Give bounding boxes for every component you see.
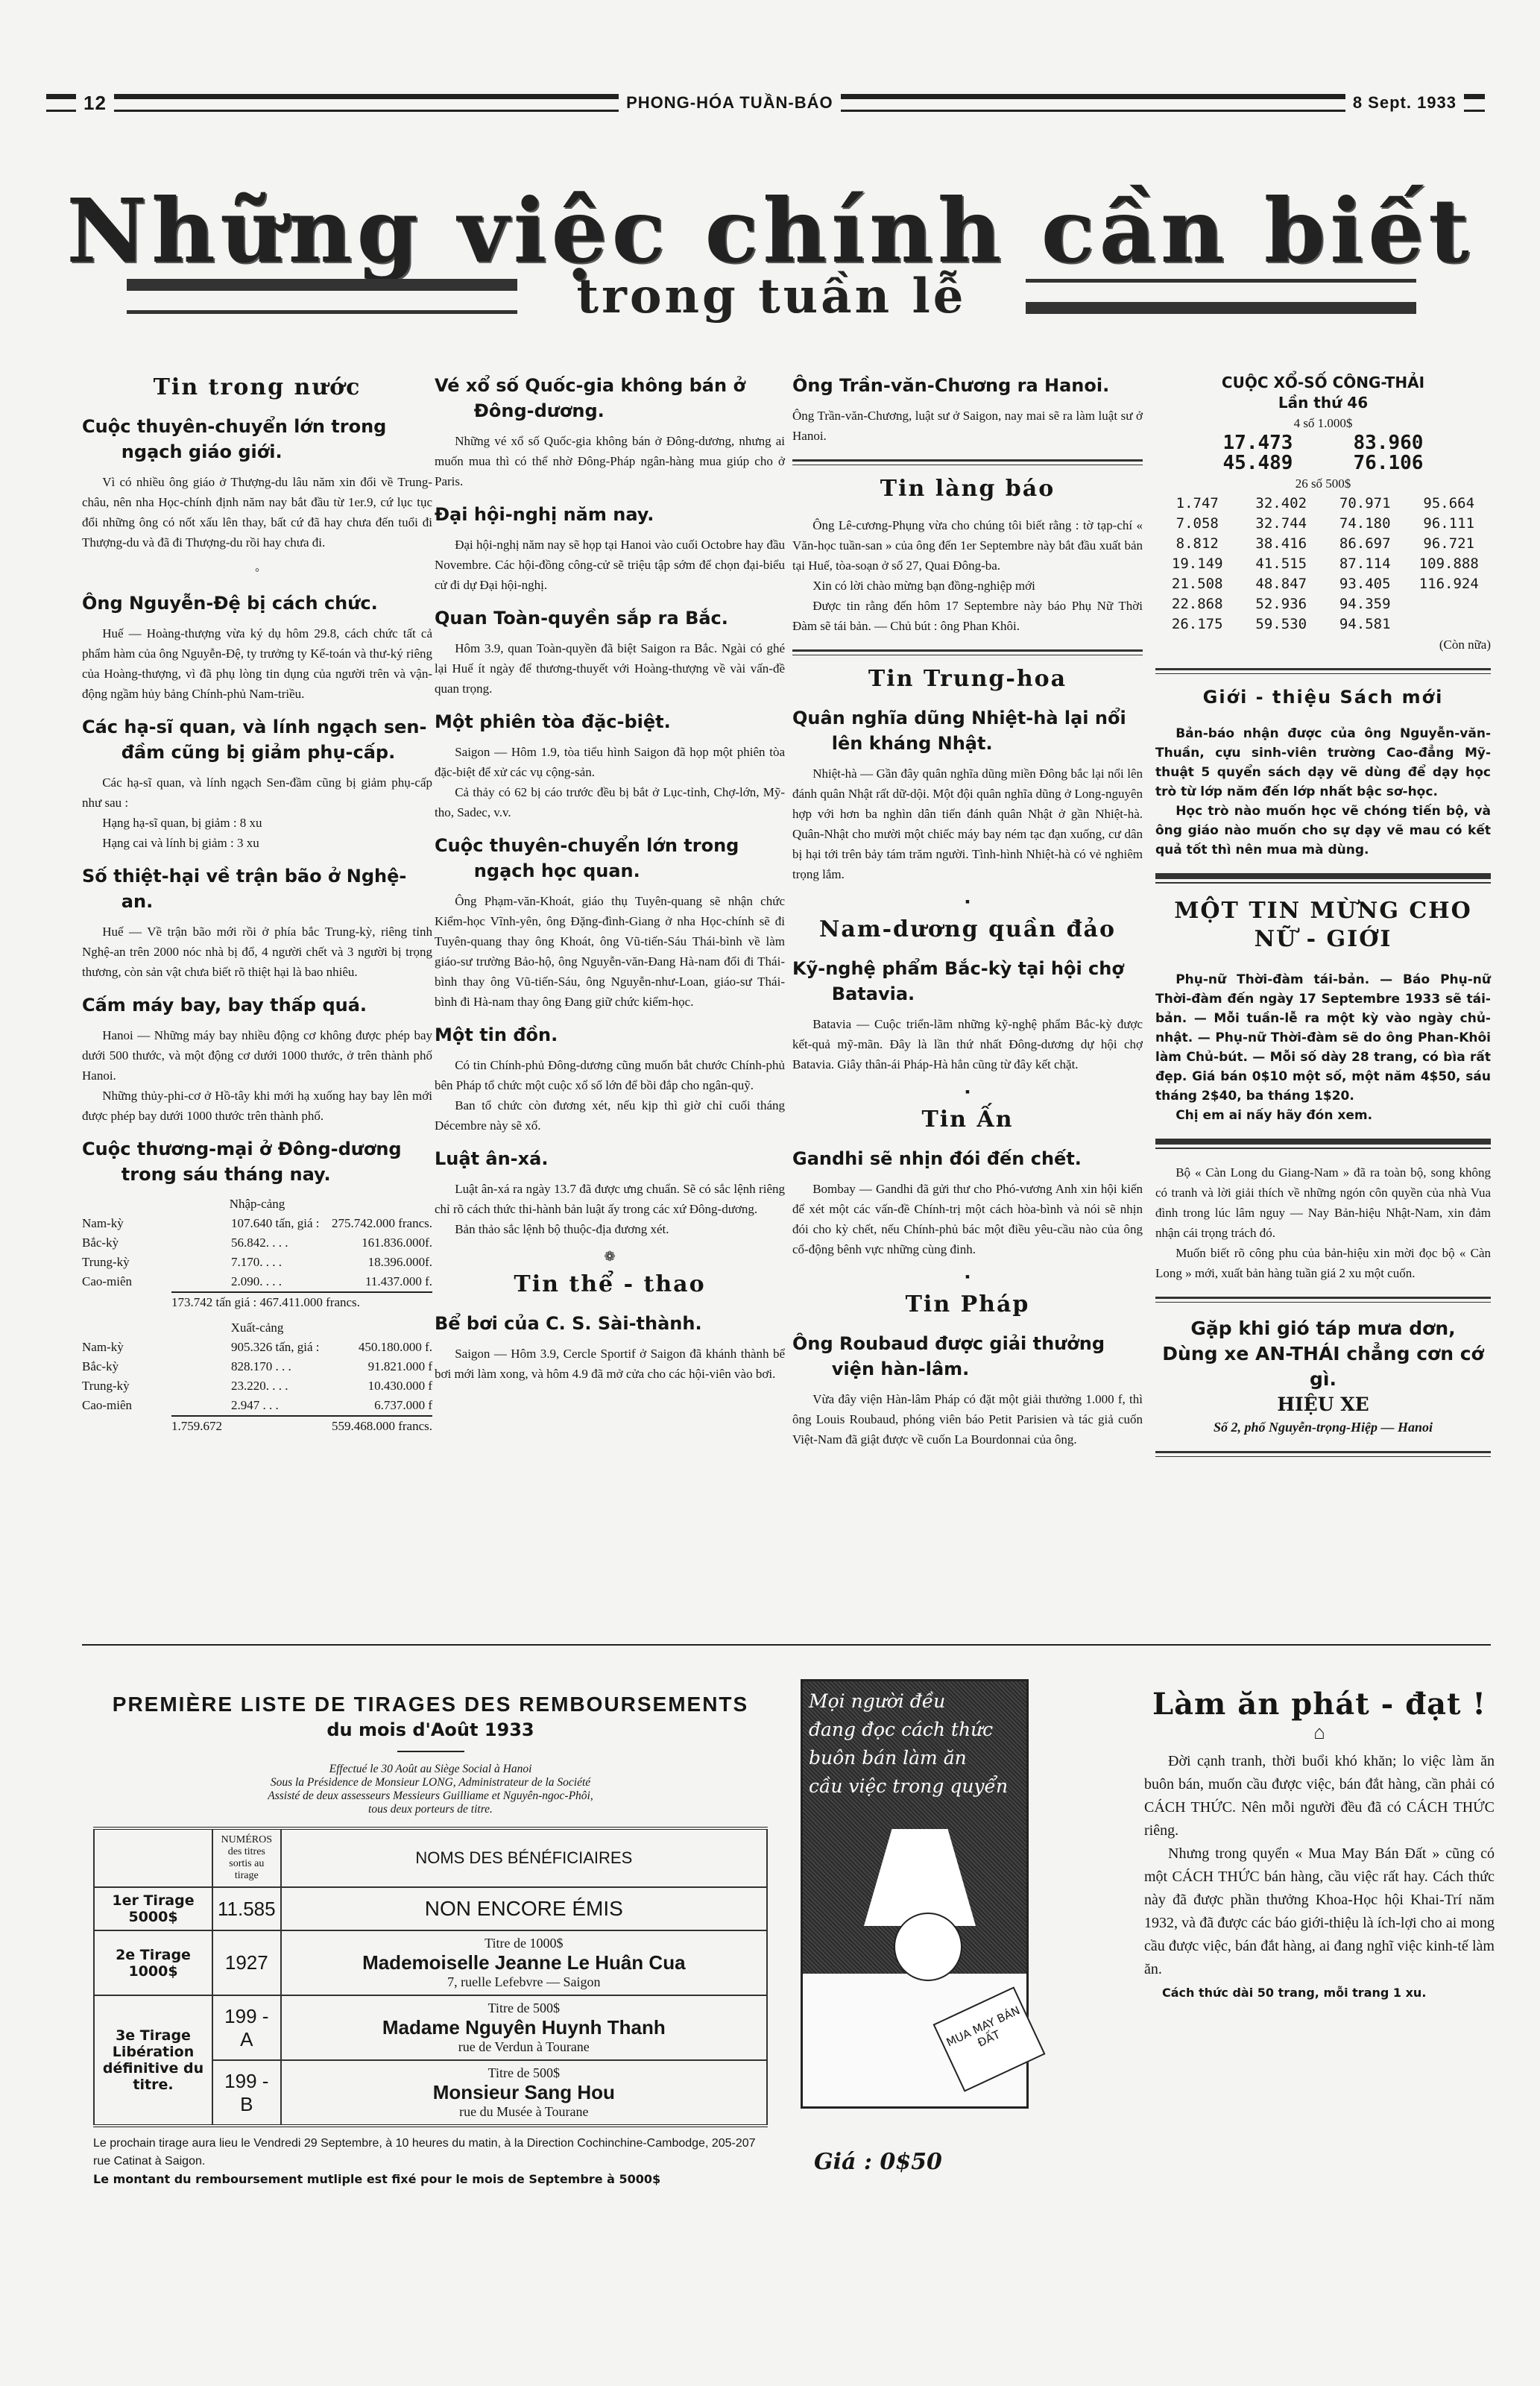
article-title: Một tin đồn. (435, 1022, 785, 1048)
winning-number: 116.924 (1407, 574, 1492, 594)
title-number: 1927 (212, 1930, 281, 1995)
article-body: Vừa đây viện Hàn-lâm Pháp có đặt một giả… (792, 1389, 1143, 1449)
section-title: Tin Ấn (792, 1109, 1143, 1130)
notice-info: Effectué le 30 Août au Siège Social à Ha… (93, 1763, 768, 1776)
ornament: ❁ (435, 1247, 785, 1267)
prize2-numbers: 1.74732.40270.97195.6647.05832.74474.180… (1155, 494, 1491, 635)
beneficiary-cell: Titre de 1000$ Mademoiselle Jeanne Le Hu… (281, 1930, 767, 1995)
title-value: Titre de 500$ (286, 2065, 762, 2081)
region: Cao-miên (82, 1396, 231, 1415)
notice-title: PREMIÈRE LISTE DE TIRAGES DES REMBOURSEM… (93, 1693, 768, 1716)
winning-number: 1.747 (1155, 494, 1240, 514)
article-body: Saigon — Hôm 1.9, tòa tiểu hình Saigon đ… (435, 742, 785, 782)
column-news-2: Vé xổ số Quốc-gia không bán ở Đông-dương… (435, 373, 785, 1384)
import-label: Nhập-cảng (82, 1194, 432, 1214)
winning-number: 96.721 (1407, 534, 1492, 554)
value: 275.742.000 francs. (332, 1214, 432, 1233)
article-line: Hạng cai và lính bị giảm : 3 xu (82, 833, 432, 853)
lottery-title: CUỘC XỔ-SỐ CÔNG-THẢI (1155, 373, 1491, 393)
article-title: Ông Roubaud được giải thưởng viện hàn-lâ… (792, 1331, 1143, 1382)
article-title: Kỹ-nghệ phẩm Bắc-kỳ tại hội chợ Batavia. (792, 956, 1143, 1007)
ad-body: Muốn biết rõ công phu của bản-hiệu xin m… (1155, 1243, 1491, 1283)
beneficiary-address: rue du Musée à Tourane (286, 2104, 762, 2120)
region: Trung-kỳ (82, 1376, 231, 1396)
article: Vé xổ số Quốc-gia không bán ở Đông-dương… (435, 373, 785, 491)
article-body: Các hạ-sĩ quan, và lính ngạch Sen-đầm cũ… (82, 772, 432, 813)
divider (792, 459, 1143, 465)
article: Cuộc thuyên-chuyển lớn trong ngạch học q… (435, 833, 785, 1012)
winning-number: 32.402 (1240, 494, 1324, 514)
winning-number: 93.405 (1323, 574, 1407, 594)
ad-line: Gặp khi gió táp mưa dơn, (1155, 1316, 1491, 1341)
winning-number: 21.508 (1155, 574, 1240, 594)
article-body: Nhiệt-hà — Gần đây quân nghĩa dũng miền … (792, 764, 1143, 884)
article-body: Huế — Về trận bão mới rồi ở phía bắc Tru… (82, 922, 432, 982)
region: Cao-miên (82, 1272, 231, 1291)
divider (1155, 1297, 1491, 1303)
trade-row: Trung-kỳ23.220. . . .10.430.000 f (82, 1376, 432, 1396)
trade-row: Nam-kỳ905.326 tấn, giá :450.180.000 f. (82, 1338, 432, 1357)
winning-number: 45.489 (1193, 453, 1323, 473)
article-body: Chị em ai nấy hãy đón xem. (1155, 1106, 1491, 1125)
title-value: Titre de 1000$ (286, 1936, 762, 1951)
prize1-numbers: 17.473 83.960 45.489 76.106 (1155, 433, 1491, 473)
tons: 828.170 . . . (231, 1357, 368, 1376)
article-title: Các hạ-sĩ quan, và lính ngạch sen-đầm cũ… (82, 714, 432, 765)
tirage-label: 1er Tirage 5000$ (94, 1887, 212, 1930)
decorative-bar (1026, 279, 1416, 314)
article-body: Những thủy-phi-cơ ở Hồ-tây khi mới hạ xu… (82, 1086, 432, 1126)
value: 18.396.000f. (368, 1253, 432, 1272)
page-header: 12 PHONG-HÓA TUẦN-BÁO 8 Sept. 1933 (46, 88, 1485, 118)
divider (1155, 1139, 1491, 1149)
article-body: Ban tổ chức còn đương xét, nếu kịp thì g… (435, 1095, 785, 1136)
winning-number: 96.111 (1407, 514, 1492, 534)
column-header-numbers: NUMÉROS des titres sortis au tirage (212, 1828, 281, 1887)
ad-shop-name: HIỆU XE (1155, 1392, 1491, 1417)
trade-row: Cao-miên2.090. . . .11.437.000 f. (82, 1272, 432, 1291)
article: Số thiệt-hại về trận bão ở Nghệ-an. Huế … (82, 863, 432, 982)
winning-number (1407, 594, 1492, 614)
tirage-table: NUMÉROS des titres sortis au tirage NOMS… (93, 1827, 768, 2127)
title-number: 199 - B (212, 2060, 281, 2126)
article: Cấm máy bay, bay thấp quá. Hanoi — Những… (82, 992, 432, 1126)
table-row: 1er Tirage 5000$ 11.585 NON ENCORE ÉMIS (94, 1887, 767, 1930)
article-title: Luật ân-xá. (435, 1146, 785, 1171)
value: 10.430.000 f (368, 1376, 432, 1396)
winning-number: 48.847 (1240, 574, 1324, 594)
decorative-bar (127, 279, 517, 314)
winning-number: 86.697 (1323, 534, 1407, 554)
column-domestic-news: Tin trong nước Cuộc thuyên-chuyển lớn tr… (82, 373, 432, 1436)
article: Luật ân-xá.Luật ân-xá ra ngày 13.7 đã đư… (435, 1146, 785, 1239)
value: 91.821.000 f (368, 1357, 432, 1376)
title-value: Titre de 500$ (286, 2001, 762, 2016)
article-body: Ông Trần-văn-Chương, luật sư ở Saigon, n… (792, 406, 1143, 446)
page-number: 12 (83, 92, 107, 115)
section-title: Tin Trung-hoa (792, 669, 1143, 689)
article-title: Vé xổ số Quốc-gia không bán ở Đông-dương… (435, 373, 785, 424)
notice-info: Sous la Présidence de Monsieur LONG, Adm… (93, 1776, 768, 1789)
table-header-row: NUMÉROS des titres sortis au tirage NOMS… (94, 1828, 767, 1887)
trade-row: Trung-kỳ7.170. . . .18.396.000f. (82, 1253, 432, 1272)
header-rule (114, 94, 619, 112)
section-separator (82, 1644, 1491, 1646)
book-price: Giá : 0$50 (814, 2149, 942, 2175)
issue-date: 8 Sept. 1933 (1353, 93, 1457, 113)
article-body: Phụ-nữ Thời-đàm tái-bản. — Báo Phụ-nữ Th… (1155, 970, 1491, 1106)
prize2-label: 26 số 500$ (1155, 473, 1491, 494)
total-tons: 1.759.672 (171, 1417, 332, 1436)
column-news-3: Ông Trần-văn-Chương ra Hanoi. Ông Trần-v… (792, 373, 1143, 1449)
tons: 2.947 . . . (231, 1396, 374, 1415)
notice-footer: Le prochain tirage aura lieu le Vendredi… (93, 2135, 768, 2171)
section-title: Nam-dương quần đảo (792, 919, 1143, 939)
article: Ông Nguyễn-Đệ bị cách chức. Huế — Hoàng-… (82, 591, 432, 704)
notice-footer-bold: Le montant du remboursement mutliple est… (93, 2171, 768, 2188)
tons: 23.220. . . . (231, 1376, 368, 1396)
trade-row: Bắc-kỳ56.842. . . .161.836.000f. (82, 1233, 432, 1253)
section-title: Giới - thiệu Sách mới (1155, 687, 1491, 708)
value: 450.180.000 f. (359, 1338, 432, 1357)
article-body: Được tin rằng đến hôm 17 Septembre này b… (792, 596, 1143, 636)
beneficiary-cell: Titre de 500$ Madame Nguyên Huynh Thanh … (281, 1995, 767, 2060)
ad-address: Số 2, phố Nguyễn-trọng-Hiệp — Hanoi (1155, 1417, 1491, 1438)
beneficiary-cell: Titre de 500$ Monsieur Sang Hou rue du M… (281, 2060, 767, 2126)
article-title: Một phiên tòa đặc-biệt. (435, 709, 785, 734)
beneficiary-address: rue de Verdun à Tourane (286, 2039, 762, 2055)
value: 161.836.000f. (362, 1233, 432, 1253)
tirage-label: 2e Tirage 1000$ (94, 1930, 212, 1995)
table-row: 2e Tirage 1000$ 1927 Titre de 1000$ Made… (94, 1930, 767, 1995)
notice-subtitle: du mois d'Août 1933 (93, 1719, 768, 1740)
lottery-round: Lần thứ 46 (1155, 393, 1491, 413)
winning-number: 70.971 (1323, 494, 1407, 514)
winning-number: 19.149 (1155, 554, 1240, 574)
ad-footer: Cách thức dài 50 trang, mỗi trang 1 xu. (1144, 1981, 1495, 2004)
region: Bắc-kỳ (82, 1357, 231, 1376)
tons: 56.842. . . . (231, 1233, 362, 1253)
article: Các hạ-sĩ quan, và lính ngạch sen-đầm cũ… (82, 714, 432, 853)
trade-table: Nhập-cảng Nam-kỳ107.640 tấn, giá :275.74… (82, 1194, 432, 1436)
script-line: Mọi người đều (809, 1687, 1008, 1716)
ad-title: Làm ăn phát - đạt ! (1144, 1687, 1495, 1722)
section-title: Tin thể - thao (435, 1274, 785, 1294)
article-title: Quan Toàn-quyền sắp ra Bắc. (435, 605, 785, 631)
table-row: 3e Tirage Libération définitive du titre… (94, 1995, 767, 2060)
export-total: 1.759.672559.468.000 francs. (171, 1415, 432, 1436)
divider (1155, 873, 1491, 884)
masthead-subtitle: trong tuần lễ (577, 268, 967, 324)
article-trade: Cuộc thương-mại ở Đông-dương trong sáu t… (82, 1136, 432, 1436)
header-rule (46, 94, 76, 112)
article: Một phiên tòa đặc-biệt.Saigon — Hôm 1.9,… (435, 709, 785, 822)
winning-number: 52.936 (1240, 594, 1324, 614)
article-title: Cấm máy bay, bay thấp quá. (82, 992, 432, 1018)
winning-number: 83.960 (1323, 433, 1454, 453)
tirage-label: 3e Tirage Libération définitive du titre… (94, 1995, 212, 2126)
article-body: Batavia — Cuộc triển-lãm những kỹ-nghệ p… (792, 1014, 1143, 1074)
article-title: Bể bơi của C. S. Sài-thành. (435, 1311, 785, 1336)
article: Quan Toàn-quyền sắp ra Bắc.Hôm 3.9, quan… (435, 605, 785, 699)
trade-row: Bắc-kỳ828.170 . . .91.821.000 f (82, 1357, 432, 1376)
section-title: Tin làng báo (792, 479, 1143, 499)
column-sidebar: CUỘC XỔ-SỐ CÔNG-THẢI Lần thứ 46 4 số 1.0… (1155, 373, 1491, 1470)
title-number: 199 - A (212, 1995, 281, 2060)
header-rule (1464, 94, 1485, 112)
empty-header (94, 1828, 212, 1887)
article-body: Hanoi — Những máy bay nhiều động cơ khôn… (82, 1025, 432, 1086)
winning-number: 17.473 (1193, 433, 1323, 453)
article-title: Cuộc thuyên-chuyển lớn trong ngạch giáo … (82, 414, 432, 465)
continued-note: (Còn nữa) (1155, 635, 1491, 655)
winning-number: 38.416 (1240, 534, 1324, 554)
article-body: Huế — Hoàng-thượng vừa ký dụ hôm 29.8, c… (82, 623, 432, 704)
ad-script-text: Mọi người đều đang đọc cách thức buôn bá… (809, 1687, 1008, 1801)
total-value: 559.468.000 francs. (332, 1417, 432, 1436)
tons: 107.640 tấn, giá : (231, 1214, 332, 1233)
trade-row: Cao-miên2.947 . . .6.737.000 f (82, 1396, 432, 1415)
tons: 2.090. . . . (231, 1272, 365, 1291)
article-line: Hạng hạ-sĩ quan, bị giảm : 8 xu (82, 813, 432, 833)
ad-body: Bộ « Càn Long du Giang-Nam » đã ra toàn … (1155, 1162, 1491, 1243)
article-title: Ông Nguyễn-Đệ bị cách chức. (82, 591, 432, 616)
winning-number: 59.530 (1240, 614, 1324, 635)
trade-row: Nam-kỳ107.640 tấn, giá :275.742.000 fran… (82, 1214, 432, 1233)
winning-number: 76.106 (1323, 453, 1454, 473)
article-body: Những vé xổ số Quốc-gia không bán ở Đông… (435, 431, 785, 491)
ornament: ▪ (792, 1082, 1143, 1102)
winning-number: 95.664 (1407, 494, 1492, 514)
article-body: Ông Phạm-văn-Khoát, giáo thụ Tuyên-quang… (435, 891, 785, 1012)
masthead-subtitle-row: trong tuần lễ (127, 268, 1416, 324)
divider (792, 649, 1143, 655)
article: Đại hội-nghị năm nay.Đại hội-nghị năm na… (435, 502, 785, 595)
section-title: Tin Pháp (792, 1294, 1143, 1315)
divider (1155, 668, 1491, 674)
lottery-results: CUỘC XỔ-SỐ CÔNG-THẢI Lần thứ 46 4 số 1.0… (1155, 373, 1491, 655)
script-line: cầu việc trong quyển (809, 1772, 1008, 1801)
winning-number: 41.515 (1240, 554, 1324, 574)
article-body: Ông Lê-cương-Phụng vừa cho chúng tôi biế… (792, 515, 1143, 576)
divider (397, 1751, 464, 1752)
article-body: Hôm 3.9, quan Toàn-quyền đã biệt Saigon … (435, 638, 785, 699)
beneficiary-name: Madame Nguyên Huynh Thanh (286, 2016, 762, 2039)
article-title: Quân nghĩa dũng Nhiệt-hà lại nổi lên khá… (792, 705, 1143, 756)
value: 11.437.000 f. (365, 1272, 432, 1291)
article-title: Gandhi sẽ nhịn đói đến chết. (792, 1146, 1143, 1171)
lamp-base-icon (894, 1913, 962, 1981)
beneficiary: NON ENCORE ÉMIS (281, 1887, 767, 1930)
masthead-title: Những việc chính cần biết (0, 179, 1540, 283)
article-body: Bản thảo sắc lệnh bộ thuộc-địa đương xét… (435, 1219, 785, 1239)
region: Nam-kỳ (82, 1214, 231, 1233)
header-rule (841, 94, 1345, 112)
winning-number: 74.180 (1323, 514, 1407, 534)
column-header-names: NOMS DES BÉNÉFICIAIRES (281, 1828, 767, 1887)
script-line: buôn bán làm ăn (809, 1744, 1008, 1772)
article: Một tin đồn.Có tin Chính-phủ Đông-dương … (435, 1022, 785, 1136)
script-line: đang đọc cách thức (809, 1716, 1008, 1744)
beneficiary-name: Mademoiselle Jeanne Le Huân Cua (286, 1951, 762, 1974)
article-title: Số thiệt-hại về trận bão ở Nghệ-an. (82, 863, 432, 914)
ad-body: Nhưng trong quyển « Mua May Bán Đất » cũ… (1144, 1842, 1495, 1981)
ad-line: Dùng xe AN-THÁI chẳng cơn cớ gì. (1155, 1341, 1491, 1392)
article-body: Saigon — Hôm 3.9, Cercle Sportif ở Saigo… (435, 1344, 785, 1384)
article-body: Bản-báo nhận được của ông Nguyễn-văn-Thu… (1155, 724, 1491, 802)
prize1-label: 4 số 1.000$ (1155, 413, 1491, 433)
winning-number (1407, 614, 1492, 635)
publication-name: PHONG-HÓA TUẦN-BÁO (626, 93, 833, 113)
region: Nam-kỳ (82, 1338, 231, 1357)
article-title: Đại hội-nghị năm nay. (435, 502, 785, 527)
article-title: Cuộc thương-mại ở Đông-dương trong sáu t… (82, 1136, 432, 1187)
import-total: 173.742 tấn giá : 467.411.000 francs. (171, 1291, 432, 1312)
winning-number: 22.868 (1155, 594, 1240, 614)
book-ad-illustration: Mọi người đều đang đọc cách thức buôn bá… (801, 1679, 1029, 2109)
notice-info: Assisté de deux assesseurs Messieurs Gui… (93, 1789, 768, 1803)
tons: 905.326 tấn, giá : (231, 1338, 359, 1357)
region: Trung-kỳ (82, 1253, 231, 1272)
tons: 7.170. . . . (231, 1253, 368, 1272)
beneficiary-name: Monsieur Sang Hou (286, 2081, 762, 2104)
section-title: Tin trong nước (82, 377, 432, 397)
winning-number: 109.888 (1407, 554, 1492, 574)
article-body: Vì có nhiều ông giáo ở Thượng-du lâu năm… (82, 472, 432, 553)
ornament: ◦ (82, 560, 432, 580)
section-title: MỘT TIN MỪNG CHO NỮ - GIỚI (1155, 897, 1491, 954)
notice-info: tous deux porteurs de titre. (93, 1803, 768, 1816)
ornament: ⌂ (1144, 1722, 1495, 1744)
winning-number: 94.359 (1323, 594, 1407, 614)
ornament: ▪ (792, 892, 1143, 912)
winning-number: 26.175 (1155, 614, 1240, 635)
lam-an-ad: Làm ăn phát - đạt ! ⌂ Đời cạnh tranh, th… (1144, 1687, 1495, 2004)
remboursement-notice: PREMIÈRE LISTE DE TIRAGES DES REMBOURSEM… (93, 1693, 768, 2188)
winning-number: 32.744 (1240, 514, 1324, 534)
region: Bắc-kỳ (82, 1233, 231, 1253)
book-icon: MUA MAY BÁN ĐẤT (932, 1986, 1045, 2091)
beneficiary-address: 7, ruelle Lefebvre — Saigon (286, 1974, 762, 1990)
winning-number: 94.581 (1323, 614, 1407, 635)
ad-body: Đời cạnh tranh, thời buổi khó khăn; lo v… (1144, 1750, 1495, 1842)
article-body: Luật ân-xá ra ngày 13.7 đã được ưng chuẩ… (435, 1179, 785, 1219)
article-body: Có tin Chính-phủ Đông-dương cũng muốn bắ… (435, 1055, 785, 1095)
winning-number: 7.058 (1155, 514, 1240, 534)
title-number: 11.585 (212, 1887, 281, 1930)
article-body: Đại hội-nghị năm nay sẽ họp tại Hanoi và… (435, 535, 785, 595)
value: 6.737.000 f (374, 1396, 432, 1415)
article-body: Cả thảy có 62 bị cáo trước đều bị bắt ở … (435, 782, 785, 822)
divider (1155, 1451, 1491, 1457)
article-title: Cuộc thuyên-chuyển lớn trong ngạch học q… (435, 833, 785, 884)
article-title: Ông Trần-văn-Chương ra Hanoi. (792, 373, 1143, 398)
article-body: Học trò nào muốn học vẽ chóng tiến bộ, v… (1155, 802, 1491, 860)
winning-number: 8.812 (1155, 534, 1240, 554)
winning-number: 87.114 (1323, 554, 1407, 574)
article-body: Xin có lời chào mừng bạn đồng-nghiệp mới (792, 576, 1143, 596)
ornament: ▪ (792, 1267, 1143, 1287)
export-label: Xuất-cảng (82, 1318, 432, 1338)
article-body: Bombay — Gandhi đã gửi thư cho Phó-vương… (792, 1179, 1143, 1259)
article: Cuộc thuyên-chuyển lớn trong ngạch giáo … (82, 414, 432, 553)
